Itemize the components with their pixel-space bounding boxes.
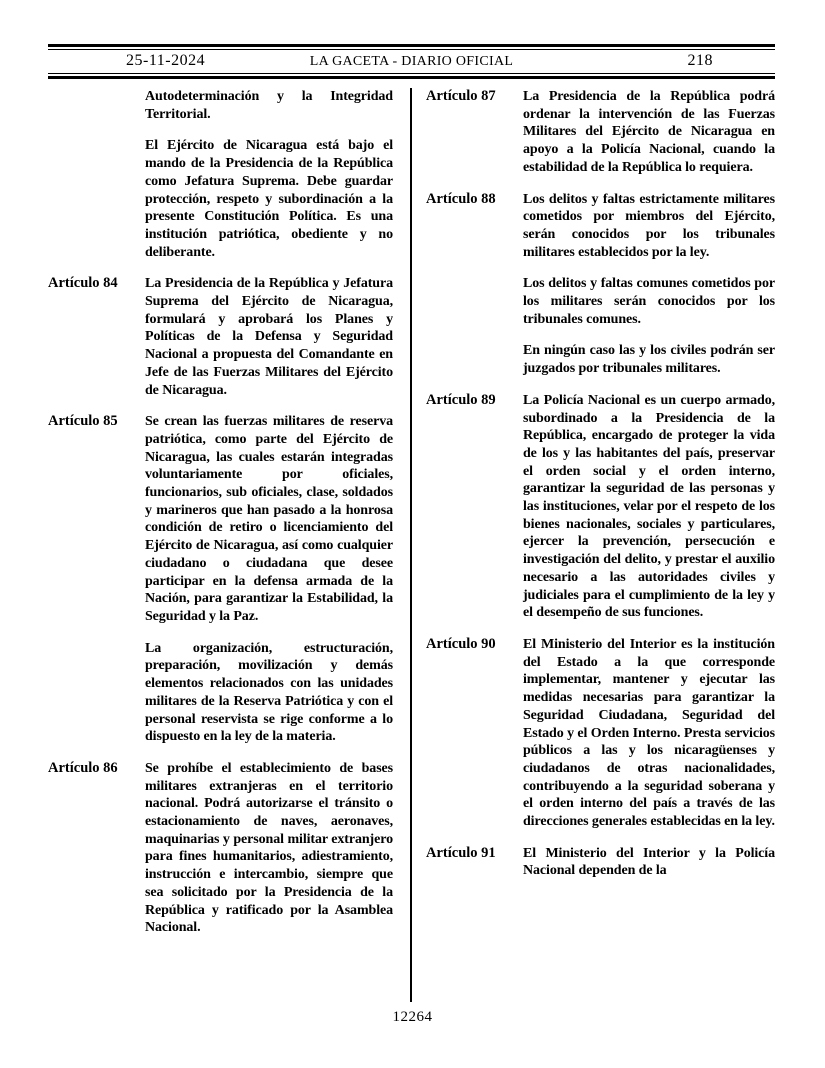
- paragraph: La Presidencia de la República podrá ord…: [523, 88, 775, 177]
- column-divider: [410, 88, 412, 1002]
- article-entry: Autodeterminación y la Integridad Territ…: [48, 88, 393, 123]
- header-date: 25-11-2024: [126, 52, 205, 70]
- paragraph: El Ministerio del Interior es la institu…: [523, 636, 775, 831]
- article-entry: Artículo 90El Ministerio del Interior es…: [426, 636, 775, 831]
- paragraph: El Ejército de Nicaragua está bajo el ma…: [145, 137, 393, 261]
- article-entry: Artículo 87La Presidencia de la Repúblic…: [426, 88, 775, 177]
- article-entry: El Ejército de Nicaragua está bajo el ma…: [48, 137, 393, 261]
- paragraph: La Presidencia de la República y Jefatur…: [145, 275, 393, 399]
- article-text: En ningún caso las y los civiles podrán …: [523, 342, 775, 377]
- article-text: Se prohíbe el establecimiento de bases m…: [145, 760, 393, 937]
- article-number-label: Artículo 88: [426, 191, 523, 262]
- masthead-top-rule-thick: [48, 44, 775, 47]
- article-text: Los delitos y faltas estrictamente milit…: [523, 191, 775, 262]
- masthead-bottom-rule-thick: [48, 76, 775, 79]
- article-number-label: Artículo 84: [48, 275, 145, 399]
- article-entry: Artículo 86Se prohíbe el establecimiento…: [48, 760, 393, 937]
- article-text: El Ejército de Nicaragua está bajo el ma…: [145, 137, 393, 261]
- article-number-label: Artículo 85: [48, 413, 145, 625]
- article-number-label: Artículo 89: [426, 392, 523, 622]
- article-entry: Artículo 84La Presidencia de la Repúblic…: [48, 275, 393, 399]
- article-entry: Artículo 89La Policía Nacional es un cue…: [426, 392, 775, 622]
- article-text: La organización, estructuración, prepara…: [145, 640, 393, 746]
- article-text: La Presidencia de la República podrá ord…: [523, 88, 775, 177]
- article-number-label: [48, 88, 145, 123]
- masthead-row: 25-11-2024 LA GACETA - DIARIO OFICIAL 21…: [48, 51, 775, 72]
- masthead-bottom-rule-thin: [48, 73, 775, 74]
- article-text: Se crean las fuerzas militares de reserv…: [145, 413, 393, 625]
- article-entry: Artículo 88Los delitos y faltas estricta…: [426, 191, 775, 262]
- article-number-label: Artículo 86: [48, 760, 145, 937]
- paragraph: Autodeterminación y la Integridad Territ…: [145, 88, 393, 123]
- article-text: El Ministerio del Interior es la institu…: [523, 636, 775, 831]
- article-text: Autodeterminación y la Integridad Territ…: [145, 88, 393, 123]
- masthead-top-rule-thin: [48, 49, 775, 50]
- article-text: Los delitos y faltas comunes cometidos p…: [523, 275, 775, 328]
- document-number: 12264: [393, 1009, 433, 1025]
- paragraph: La Policía Nacional es un cuerpo armado,…: [523, 392, 775, 622]
- paragraph: El Ministerio del Interior y la Policía …: [523, 845, 775, 880]
- article-text: El Ministerio del Interior y la Policía …: [523, 845, 775, 880]
- right-column: Artículo 87La Presidencia de la Repúblic…: [426, 88, 775, 894]
- article-entry: En ningún caso las y los civiles podrán …: [426, 342, 775, 377]
- article-entry: Los delitos y faltas comunes cometidos p…: [426, 275, 775, 328]
- paragraph: Los delitos y faltas comunes cometidos p…: [523, 275, 775, 328]
- article-entry: Artículo 85Se crean las fuerzas militare…: [48, 413, 393, 625]
- article-number-label: [48, 640, 145, 746]
- article-text: La Presidencia de la República y Jefatur…: [145, 275, 393, 399]
- article-entry: Artículo 91El Ministerio del Interior y …: [426, 845, 775, 880]
- document-body: Autodeterminación y la Integridad Territ…: [48, 88, 775, 1002]
- paragraph: Se crean las fuerzas militares de reserv…: [145, 413, 393, 625]
- masthead: 25-11-2024 LA GACETA - DIARIO OFICIAL 21…: [48, 44, 775, 79]
- page-footer: 12264: [0, 1008, 825, 1026]
- paragraph: En ningún caso las y los civiles podrán …: [523, 342, 775, 377]
- article-entry: La organización, estructuración, prepara…: [48, 640, 393, 746]
- gazette-page: 25-11-2024 LA GACETA - DIARIO OFICIAL 21…: [0, 0, 825, 1068]
- article-number-label: [426, 275, 523, 328]
- article-number-label: Artículo 87: [426, 88, 523, 177]
- left-column: Autodeterminación y la Integridad Territ…: [48, 88, 393, 951]
- paragraph: Los delitos y faltas estrictamente milit…: [523, 191, 775, 262]
- header-page-number: 218: [688, 52, 714, 70]
- article-number-label: [426, 342, 523, 377]
- paragraph: Se prohíbe el establecimiento de bases m…: [145, 760, 393, 937]
- article-number-label: [48, 137, 145, 261]
- paragraph: La organización, estructuración, prepara…: [145, 640, 393, 746]
- header-title: LA GACETA - DIARIO OFICIAL: [310, 54, 513, 70]
- article-number-label: Artículo 91: [426, 845, 523, 880]
- article-number-label: Artículo 90: [426, 636, 523, 831]
- article-text: La Policía Nacional es un cuerpo armado,…: [523, 392, 775, 622]
